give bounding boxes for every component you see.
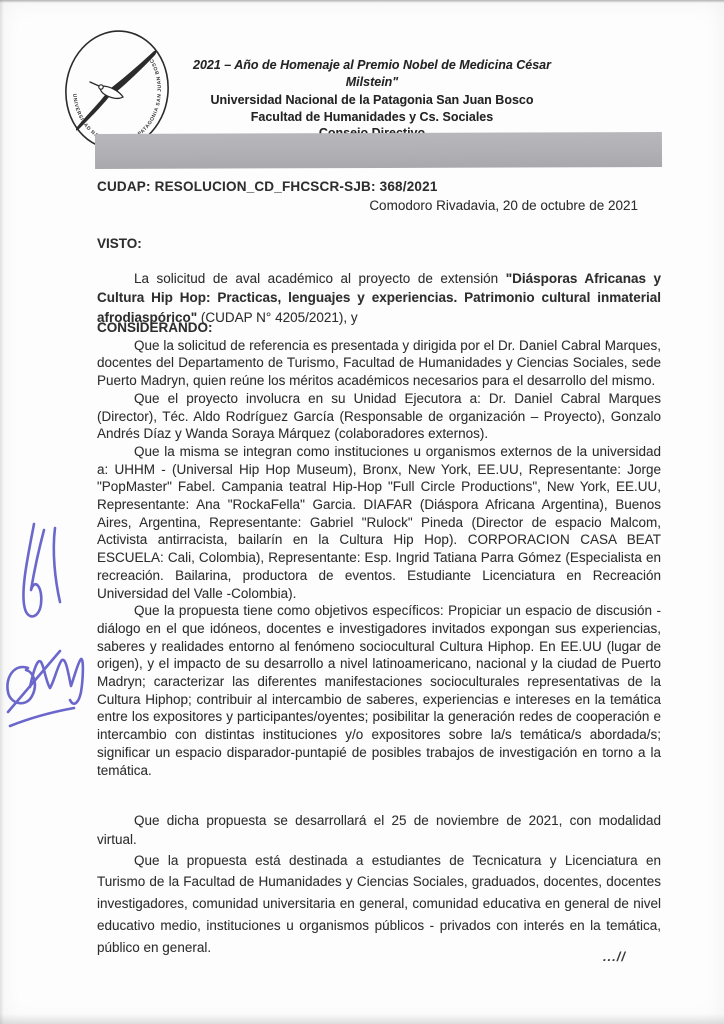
faculty-name: Facultad de Humanidades y Cs. Sociales	[172, 109, 572, 126]
paragraph-unidad-ejecutora: Que el proyecto involucra en su Unidad E…	[97, 390, 661, 443]
university-name: Universidad Nacional de la Patagonia San…	[172, 92, 572, 109]
scan-edge-artifact	[0, 1014, 724, 1024]
paragraph-fecha-modalidad: Que dicha propuesta se desarrollará el 2…	[97, 811, 661, 850]
albatross-icon	[76, 51, 157, 131]
paragraph-objetivos: Que la propuesta tiene como objetivos es…	[97, 602, 661, 779]
visto-heading: VISTO:	[97, 236, 142, 251]
redaction-bar	[95, 132, 662, 169]
scanned-resolution-page: UNIVERSIDAD NACIONAL DE LA PATAGONIA SAN…	[0, 0, 724, 1024]
visto-intro: La solicitud de aval académico al proyec…	[134, 271, 506, 286]
page-continuation-mark: ...//	[97, 949, 626, 964]
cudap-resolution-number: CUDAP: RESOLUCION_CD_FHCSCR-SJB: 368/202…	[97, 179, 661, 194]
year-motto: 2021 – Año de Homenaje al Premio Nobel d…	[172, 57, 572, 90]
paragraph-destinatarios: Que la propuesta está destinada a estudi…	[97, 850, 661, 959]
seal-ring-text: UNIVERSIDAD NACIONAL DE LA PATAGONIA SAN…	[71, 53, 163, 145]
scan-edge-artifact	[0, 0, 724, 3]
paragraph-instituciones-externas: Que la misma se integran como institucio…	[97, 443, 661, 602]
letterhead: 2021 – Año de Homenaje al Premio Nobel d…	[172, 57, 572, 142]
place-and-date: Comodoro Rivadavia, 20 de octubre de 202…	[97, 198, 638, 213]
handwritten-ink-marks	[0, 500, 110, 740]
svg-text:UNIVERSIDAD NACIONAL DE LA PAT: UNIVERSIDAD NACIONAL DE LA PATAGONIA SAN…	[71, 53, 163, 145]
considerando-heading: CONSIDERANDO:	[97, 319, 661, 337]
paragraph-presentation: Que la solicitud de referencia es presen…	[97, 337, 661, 390]
handwritten-initials-upper	[23, 524, 44, 616]
considerando-section: CONSIDERANDO: Que la solicitud de refere…	[97, 319, 661, 779]
